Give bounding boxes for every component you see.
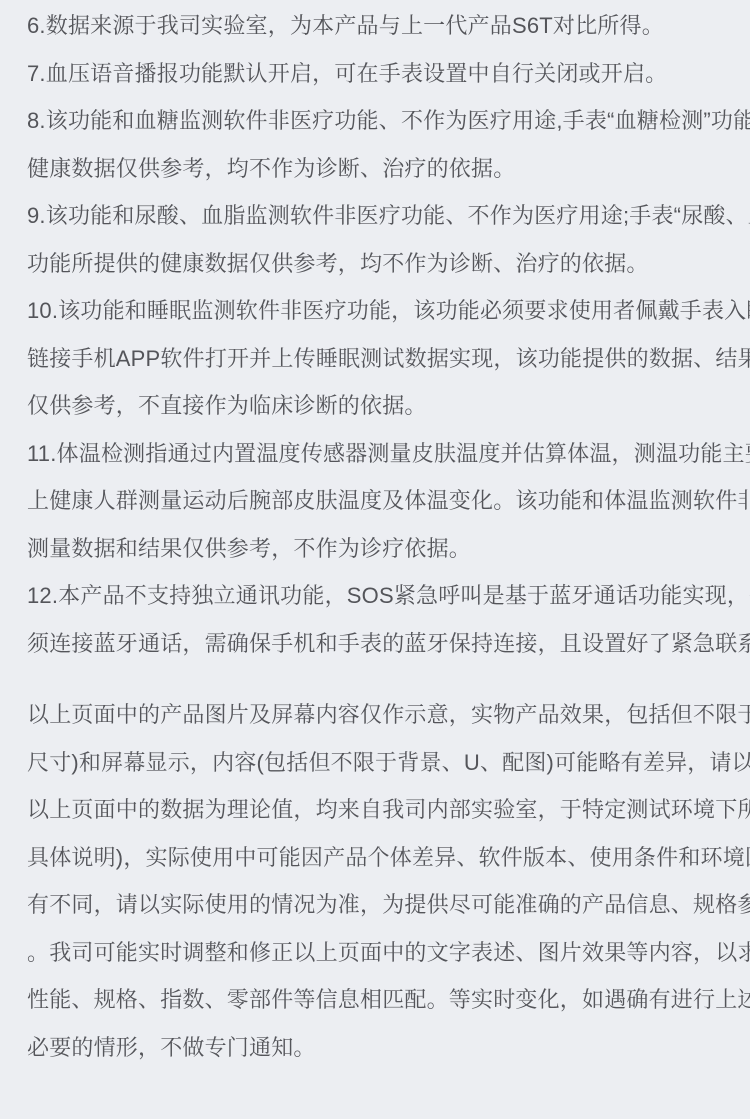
legal-disclaimer-paragraph: 以上页面中的产品图片及屏幕内容仅作示意，实物产品效果，包括但不限于外观、颜色 尺… — [27, 691, 728, 1071]
disclaimer-line: 尺寸)和屏幕显示，内容(包括但不限于背景、U、配图)可能略有差异，请以实物为准。 — [27, 739, 728, 787]
numbered-notes-list: 6.数据来源于我司实验室，为本产品与上一代产品S6T对比所得。 7.血压语音播报… — [27, 2, 728, 667]
note-line: 须连接蓝牙通话，需确保手机和手表的蓝牙保持连接，且设置好了紧急联系人。 — [27, 620, 728, 668]
disclaimer-line: 以上页面中的产品图片及屏幕内容仅作示意，实物产品效果，包括但不限于外观、颜色 — [27, 691, 728, 739]
note-line: 6.数据来源于我司实验室，为本产品与上一代产品S6T对比所得。 — [27, 2, 728, 50]
note-item-8: 8.该功能和血糖监测软件非医疗功能、不作为医疗用途,手表“血糖检测”功能所提供的… — [27, 97, 728, 192]
product-disclaimer-page: 6.数据来源于我司实验室，为本产品与上一代产品S6T对比所得。 7.血压语音播报… — [0, 0, 750, 1119]
note-item-6: 6.数据来源于我司实验室，为本产品与上一代产品S6T对比所得。 — [27, 2, 728, 50]
disclaimer-line: 有不同，请以实际使用的情况为准，为提供尽可能准确的产品信息、规格参数产品特性 — [27, 881, 728, 929]
note-item-9: 9.该功能和尿酸、血脂监测软件非医疗功能、不作为医疗用途;手表“尿酸、血脂检测”… — [27, 192, 728, 287]
disclaimer-line: 以上页面中的数据为理论值，均来自我司内部实验室，于特定测试环境下所得(请见各项 — [27, 786, 728, 834]
note-item-11: 11.体温检测指通过内置温度传感器测量皮肤温度并估算体温，测温功能主要用于18岁… — [27, 430, 728, 573]
note-line: 健康数据仅供参考，均不作为诊断、治疗的依据。 — [27, 145, 728, 193]
note-line: 11.体温检测指通过内置温度传感器测量皮肤温度并估算体温，测温功能主要用于18岁… — [27, 430, 728, 478]
note-line: 上健康人群测量运动后腕部皮肤温度及体温变化。该功能和体温监测软件非医疗功能， — [27, 477, 728, 525]
disclaimer-line: 。我司可能实时调整和修正以上页面中的文字表述、图片效果等内容，以求与实际产品 — [27, 929, 728, 977]
note-line: 功能所提供的健康数据仅供参考，均不作为诊断、治疗的依据。 — [27, 240, 728, 288]
note-item-10: 10.该功能和睡眠监测软件非医疗功能，该功能必须要求使用者佩戴手表入睡，并通过 … — [27, 287, 728, 430]
note-line: 9.该功能和尿酸、血脂监测软件非医疗功能、不作为医疗用途;手表“尿酸、血脂检测”… — [27, 192, 728, 240]
note-item-7: 7.血压语音播报功能默认开启，可在手表设置中自行关闭或开启。 — [27, 50, 728, 98]
note-line: 链接手机APP软件打开并上传睡眠测试数据实现，该功能提供的数据、结果、建议等 — [27, 335, 728, 383]
note-line: 10.该功能和睡眠监测软件非医疗功能，该功能必须要求使用者佩戴手表入睡，并通过 — [27, 287, 728, 335]
disclaimer-line: 必要的情形，不做专门通知。 — [27, 1024, 728, 1072]
note-line: 8.该功能和血糖监测软件非医疗功能、不作为医疗用途,手表“血糖检测”功能所提供的 — [27, 97, 728, 145]
disclaimer-line: 具体说明)，实际使用中可能因产品个体差异、软件版本、使用条件和环境因素等不同略 — [27, 834, 728, 882]
note-item-12: 12.本产品不支持独立通讯功能，SOS紧急呼叫是基于蓝牙通话功能实现，使用此功能… — [27, 572, 728, 667]
note-line: 测量数据和结果仅供参考，不作为诊疗依据。 — [27, 525, 728, 573]
note-line: 仅供参考，不直接作为临床诊断的依据。 — [27, 382, 728, 430]
disclaimer-line: 性能、规格、指数、零部件等信息相匹配。等实时变化，如遇确有进行上述修改和调整 — [27, 976, 728, 1024]
note-line: 12.本产品不支持独立通讯功能，SOS紧急呼叫是基于蓝牙通话功能实现，使用此功能… — [27, 572, 728, 620]
note-line: 7.血压语音播报功能默认开启，可在手表设置中自行关闭或开启。 — [27, 50, 728, 98]
